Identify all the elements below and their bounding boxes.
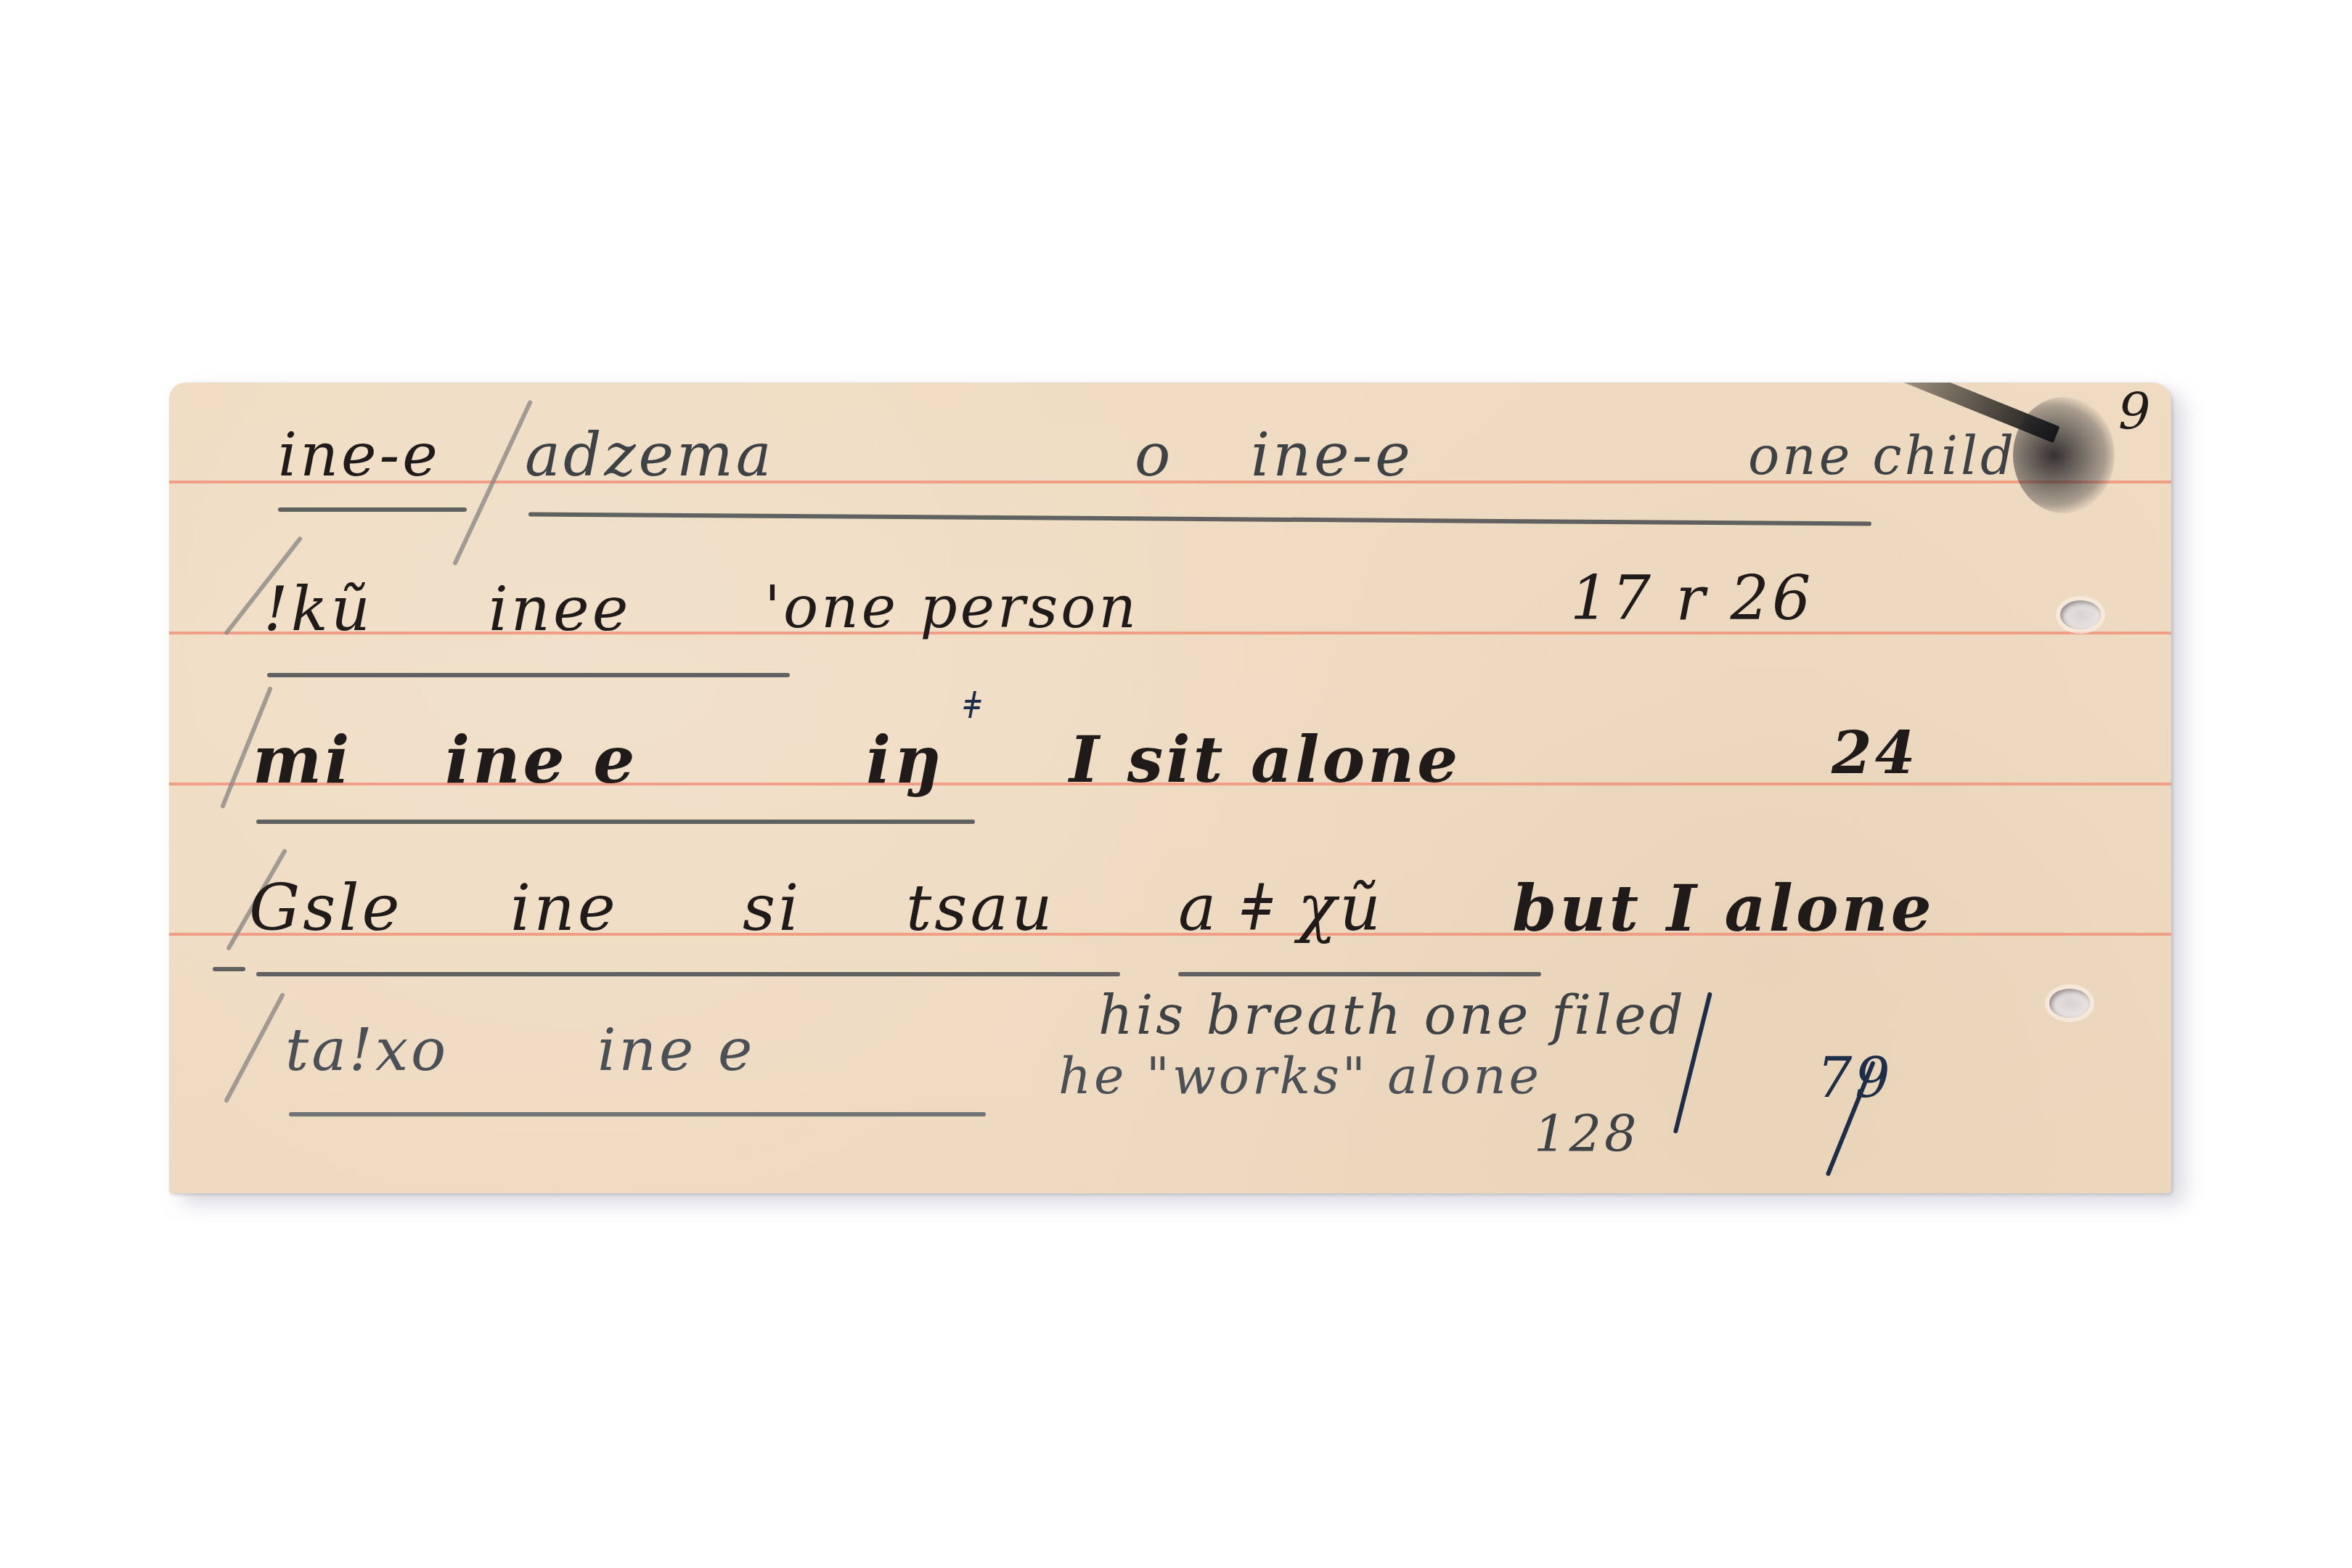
line1-term3: ine-e [1251,426,1413,486]
line3-blue-mark: ǂ [964,687,984,724]
line4-underline-1 [213,967,245,971]
line1-gloss: one child [1748,430,2017,482]
line4-term3: si [743,876,801,940]
punch-hole-bottom [2049,989,2090,1018]
ruled-line-2 [169,632,2171,634]
line1-term2: adzema [525,426,775,486]
pencil-slash-4 [224,992,285,1103]
line5-term: ta!xo [285,1021,449,1079]
line1-term: ine-e [278,426,441,486]
line4-term: Gsle [249,876,403,940]
line5-gloss-line1: his breath one filed [1098,989,1686,1042]
line5-refs: 128 [1534,1108,1640,1159]
line4-term5: a ǂ χũ [1178,876,1384,940]
line2-gloss: 'one person [764,579,1139,637]
line1-underline-1 [278,507,467,512]
line1-underline-2 [528,513,1871,526]
line5-refs2: 79 [1817,1050,1893,1106]
line2-term2: inee [489,579,631,640]
line3-refs: 24 [1832,724,1918,782]
line2-refs: 17 r 26 [1570,568,1813,629]
line2-term: !kũ [264,579,373,640]
line4-underline-3 [1178,972,1541,976]
line3-underline [256,820,975,824]
line5-term2: ine e [597,1021,755,1079]
line5-gloss-line2: he "works" alone [1058,1050,1542,1101]
line4-underline-2 [256,972,1120,976]
line4-term4: tsau [906,876,1055,940]
line1-connector: o [1135,426,1173,486]
line3-term3: iŋ [866,727,944,793]
line1-superscript: 9 [2118,386,2154,437]
line3-term2: ine e [445,727,637,793]
index-card: ine-e adzema o ine-e one child 9 !kũ ine… [169,383,2171,1193]
line2-underline [267,673,790,677]
ink-smudge [2013,397,2115,513]
line4-term2: ine [510,876,618,940]
line4-gloss: but I alone [1512,876,1935,940]
punch-hole-top [2060,600,2101,629]
line3-gloss: I sit alone [1069,727,1461,791]
line5-underline [289,1112,986,1116]
line3-term: mi [253,727,352,793]
